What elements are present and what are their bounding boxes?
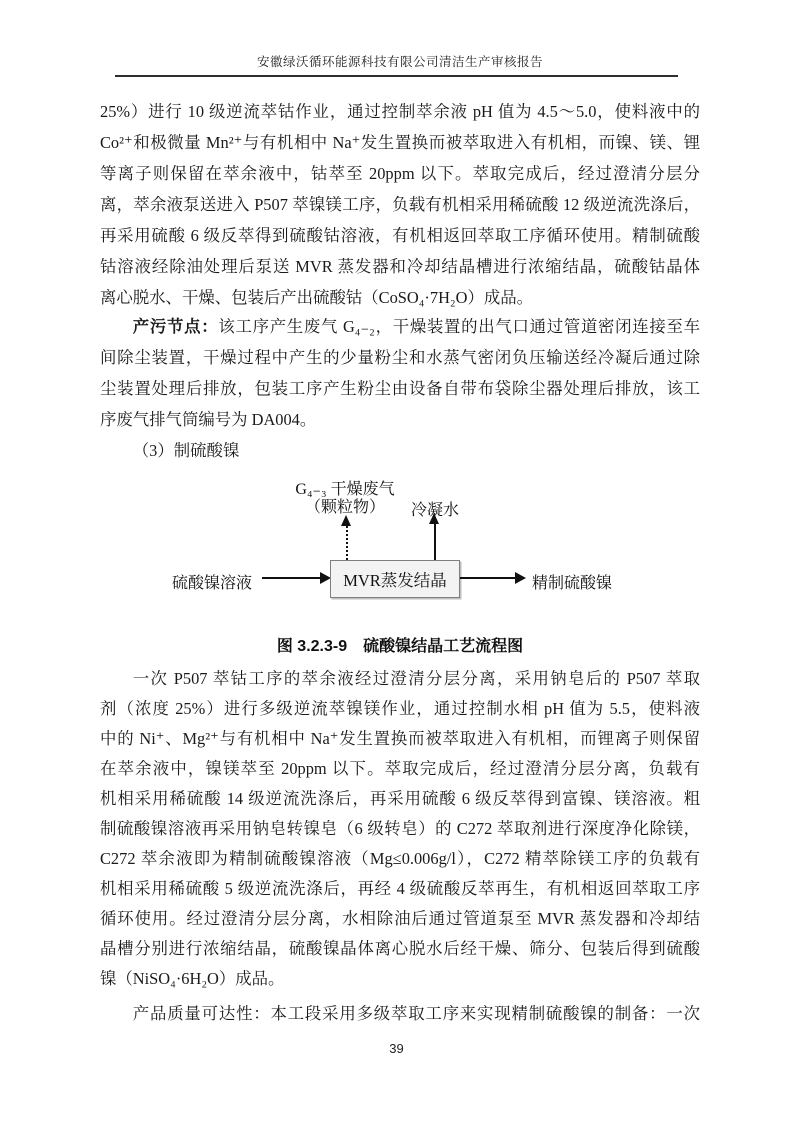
text-line: 循环使用。经过澄清分层分离，水相除油后通过管道泵至 MVR 蒸发器和冷却结 xyxy=(100,904,700,934)
header-rule xyxy=(115,75,678,77)
text-line: 制硫酸镍溶液再采用钠皂转镍皂（6 级转皂）的 C272 萃取剂进行深度净化除镁， xyxy=(100,814,700,844)
text-line: 机相采用稀硫酸 5 级逆流洗涤后，再经 4 级硫酸反萃再生，有机相返回萃取工序 xyxy=(100,874,700,904)
figure-caption: 图 3.2.3-9 硫酸镍结晶工艺流程图 xyxy=(100,633,700,656)
text-line: C272 萃余液即为精制硫酸镍溶液（Mg≤0.006g/l），C272 精萃除镁… xyxy=(100,844,700,874)
nickel-sulfate-crystallization-diagram: G₄₋₃ 干燥废气 （颗粒物） 冷凝水 硫酸镍溶液 MVR蒸发结晶 精制硫酸镍 xyxy=(100,478,700,630)
exhaust-gas-label-line1: G₄₋₃ 干燥废气 xyxy=(280,481,410,499)
exhaust-arrow-head-icon xyxy=(341,515,351,526)
output-product-label: 精制硫酸镍 xyxy=(532,570,612,593)
text-line: 25%）进行 10 级逆流萃钴作业，通过控制萃余液 pH 值为 4.5～5.0，… xyxy=(100,96,700,127)
exhaust-gas-label: G₄₋₃ 干燥废气 （颗粒物） xyxy=(280,481,410,516)
input-arrow xyxy=(262,577,320,579)
text-line: 产污节点：该工序产生废气 G₄₋₂，干燥装置的出气口通过管道密闭连接至车 xyxy=(100,311,700,342)
text-line: 剂（浓度 25%）进行多级逆流萃镍镁作业，通过控制水相 pH 值为 5.5，使料… xyxy=(100,694,700,724)
text-line: 尘装置处理后排放，包装工序产生粉尘由设备自带布袋除尘器处理后排放，该工 xyxy=(100,373,700,404)
text-line: 中的 Ni⁺、Mg²⁺与有机相中 Na⁺发生置换而被萃取进入有机相，而锂离子则保… xyxy=(100,724,700,754)
exhaust-dotted-arrow xyxy=(346,526,348,560)
text-line: 一次 P507 萃钴工序的萃余液经过澄清分层分离，采用钠皂后的 P507 萃取 xyxy=(100,664,700,694)
header-title: 安徽绿沃循环能源科技有限公司清洁生产审核报告 xyxy=(100,52,700,70)
text-line: 再采用硫酸 6 级反萃得到硫酸钴溶液，有机相返回萃取工序循环使用。精制硫酸 xyxy=(100,220,700,251)
output-arrow-head-icon xyxy=(515,572,526,584)
mvr-evaporation-box: MVR蒸发结晶 xyxy=(330,560,460,598)
condensate-arrow-head-icon xyxy=(429,513,439,524)
document-page: 安徽绿沃循环能源科技有限公司清洁生产审核报告 25%）进行 10 级逆流萃钴作业… xyxy=(0,0,793,1122)
section-heading: （3）制硫酸镍 xyxy=(100,437,700,461)
text-line: 间除尘装置，干燥过程中产生的少量粉尘和水蒸气密闭负压输送经冷凝后通过除 xyxy=(100,342,700,373)
text-line: 离心脱水、干燥、包装后产出硫酸钴（CoSO₄·7H₂O）成品。 xyxy=(100,282,700,313)
text-line: 晶槽分别进行浓缩结晶，硫酸镍晶体离心脱水后经干燥、筛分、包装后得到硫酸 xyxy=(100,934,700,964)
paragraph-pollution-nodes: 产污节点：该工序产生废气 G₄₋₂，干燥装置的出气口通过管道密闭连接至车间除尘装… xyxy=(100,311,700,435)
text-line: 离，萃余液泵送进入 P507 萃镍镁工序，负载有机相采用稀硫酸 12 级逆流洗涤… xyxy=(100,189,700,220)
paragraph-product-quality: 产品质量可达性：本工段采用多级萃取工序来实现精制硫酸镍的制备：一次 xyxy=(100,999,700,1029)
text-line: 在萃余液中，镍镁萃至 20ppm 以下。萃取完成后，经过澄清分层分离，负载有 xyxy=(100,754,700,784)
paragraph-nickel-sulfate-process: 一次 P507 萃钴工序的萃余液经过澄清分层分离，采用钠皂后的 P507 萃取剂… xyxy=(100,664,700,994)
condensate-arrow xyxy=(434,524,436,560)
text-line: 机相采用稀硫酸 14 级逆流洗涤后，再采用硫酸 6 级反萃得到富镍、镁溶液。粗 xyxy=(100,784,700,814)
exhaust-gas-label-line2: （颗粒物） xyxy=(280,499,410,517)
text-line: 钴溶液经除油处理后泵送 MVR 蒸发器和冷却结晶槽进行浓缩结晶，硫酸钴晶体 xyxy=(100,251,700,282)
text-line: Co²⁺和极微量 Mn²⁺与有机相中 Na⁺发生置换而被萃取进入有机相，而镍、镁… xyxy=(100,127,700,158)
text-line: 序废气排气筒编号为 DA004。 xyxy=(100,404,700,435)
text-line: 产品质量可达性：本工段采用多级萃取工序来实现精制硫酸镍的制备：一次 xyxy=(100,999,700,1029)
input-solution-label: 硫酸镍溶液 xyxy=(172,570,252,593)
output-arrow xyxy=(460,577,515,579)
page-number: 39 xyxy=(0,1041,793,1056)
paragraph-cobalt-sulfate-process: 25%）进行 10 级逆流萃钴作业，通过控制萃余液 pH 值为 4.5～5.0，… xyxy=(100,96,700,313)
paragraph-lead: 产污节点： xyxy=(133,317,219,336)
text-line: 等离子则保留在萃余液中，钴萃至 20ppm 以下。萃取完成后，经过澄清分层分 xyxy=(100,158,700,189)
text-line: 镍（NiSO₄·6H₂O）成品。 xyxy=(100,964,700,994)
